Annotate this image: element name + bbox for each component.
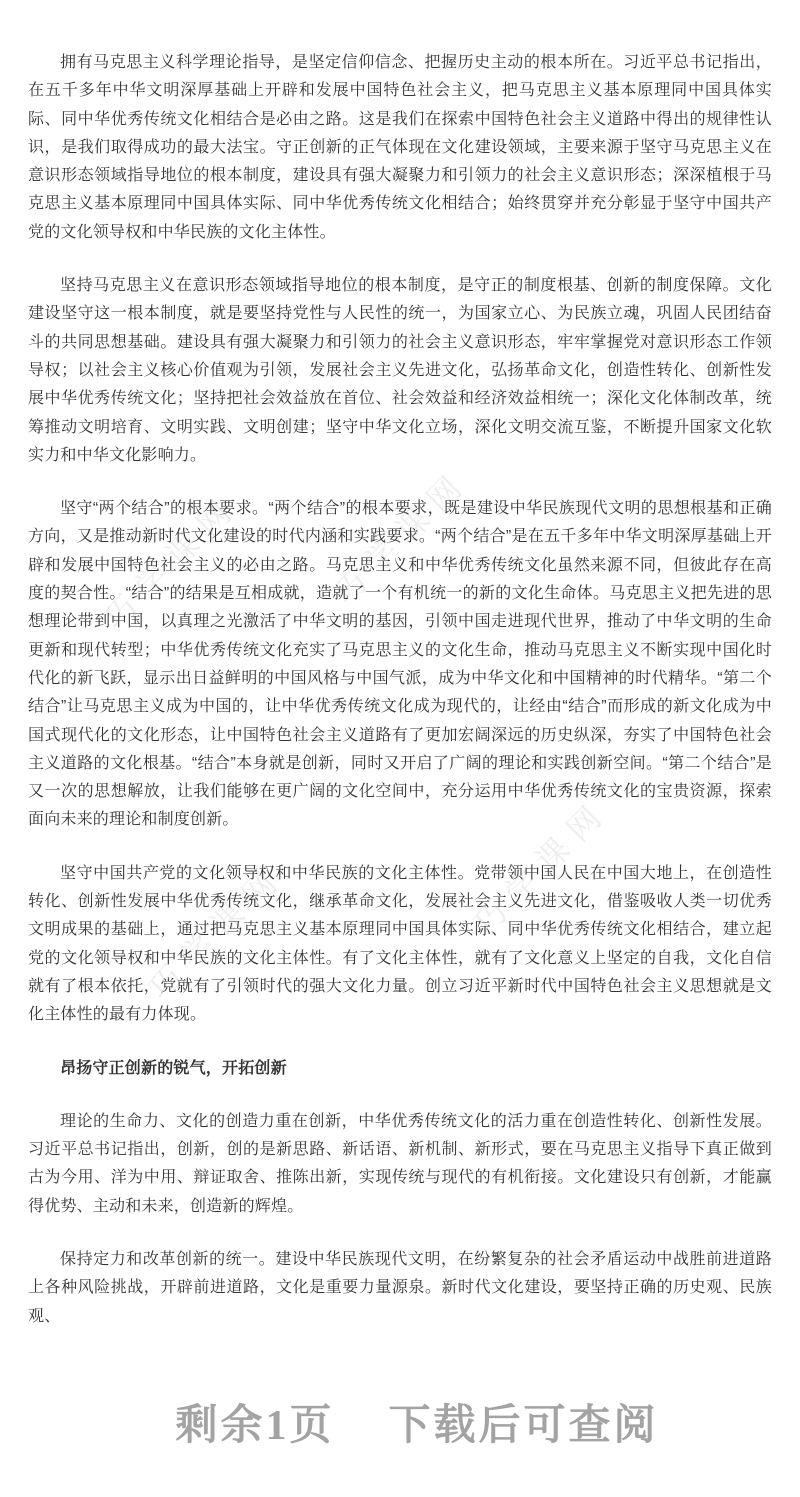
body-paragraph: 理论的生命力、文化的创造力重在创新，中华优秀传统文化的活力重在创造性转化、创新性…: [28, 1108, 772, 1221]
body-paragraph: 坚守“两个结合”的根本要求。“两个结合”的根本要求，既是建设中华民族现代文明的思…: [28, 495, 772, 835]
document-page: 巧学课网巧学课网巧学课网巧学课网 拥有马克思主义科学理论指导，是坚定信仰信念、把…: [0, 0, 800, 1497]
body-paragraph: 坚持马克思主义在意识形态领域指导地位的根本制度，是守正的制度根基、创新的制度保障…: [28, 272, 772, 470]
pages-remaining-text: 剩余1页: [175, 1392, 334, 1452]
body-paragraph: 拥有马克思主义科学理论指导，是坚定信仰信念、把握历史主动的根本所在。习近平总书记…: [28, 49, 772, 247]
document-body: 拥有马克思主义科学理论指导，是坚定信仰信念、把握历史主动的根本所在。习近平总书记…: [0, 0, 800, 1356]
section-heading: 昂扬守正创新的锐气，开拓创新: [28, 1055, 772, 1083]
body-paragraph: 保持定力和改革创新的统一。建设中华民族现代文明，在纷繁复杂的社会矛盾运动中战胜前…: [28, 1246, 772, 1331]
download-hint-text: 下载后可查阅: [389, 1392, 659, 1452]
body-paragraph: 坚守中国共产党的文化领导权和中华民族的文化主体性。党带领中国人民在中国大地上，在…: [28, 860, 772, 1030]
remaining-pages-notice: 剩余1页 下载后可查阅: [0, 1392, 800, 1452]
